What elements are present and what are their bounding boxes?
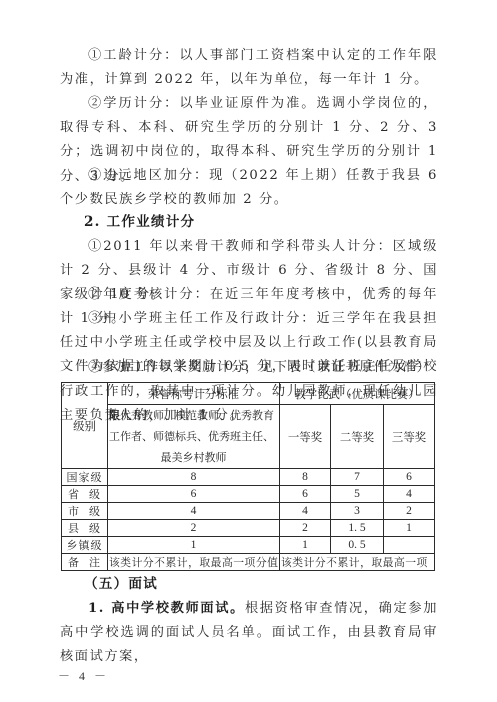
honor-desc-line2: 工作者、师德标兵、优秀班主任、 — [109, 430, 274, 443]
table-row: 县 级 2 2 1. 5 1 — [62, 520, 435, 537]
third-prize-cell — [384, 537, 435, 554]
first-prize-cell: 8 — [280, 469, 331, 486]
third-prize-cell: 2 — [384, 503, 435, 520]
table-row: 国家级 8 8 7 6 — [62, 469, 435, 486]
third-prize-cell: 6 — [384, 469, 435, 486]
honor-desc-line3: 最美乡村教师 — [109, 447, 278, 468]
second-prize-cell: 3 — [331, 503, 384, 520]
level-cell: 乡镇级 — [62, 537, 108, 554]
third-prize-cell: 1 — [384, 520, 435, 537]
section-heading-work-performance: 2. 工作业绩计分 — [84, 211, 195, 233]
remark-honor: 该类计分不累计，取最高一项分值 — [108, 554, 280, 571]
table-remark-row: 备 注 该类计分不累计，取最高一项分值 该类计分不累计，取最高一项 — [62, 554, 435, 571]
header-level: 级别 — [62, 383, 108, 469]
remark-label: 备 注 — [62, 554, 108, 571]
level-cell: 市 级 — [62, 503, 108, 520]
paragraph-seniority-score: ①工龄计分：以人事部门工资档案中认定的工作年限为准，计算到 2022 年，以年为… — [60, 44, 438, 92]
header-teaching-competition: 教学比武（优质课比赛） — [280, 383, 435, 405]
header-second-prize: 二等奖 — [331, 405, 384, 469]
table-row: 市 级 4 4 3 2 — [62, 503, 435, 520]
header-honor-titles: 限优秀教师、模范教师、优秀教育工作者、师德标兵、优秀班主任、最美乡村教师 — [108, 405, 280, 469]
honor-desc-bold: 限 — [109, 409, 120, 422]
second-prize-cell: 1. 5 — [331, 520, 384, 537]
header-third-prize: 三等奖 — [384, 405, 435, 469]
second-prize-cell: 0. 5 — [331, 537, 384, 554]
document-page: ①工龄计分：以人事部门工资档案中认定的工作年限为准，计算到 2022 年，以年为… — [0, 0, 497, 702]
header-first-prize: 一等奖 — [280, 405, 331, 469]
paragraph-award-score: ④参加工作以来奖励计分，见下表（以证书原件为准） — [60, 356, 438, 380]
level-cell: 省 级 — [62, 486, 108, 503]
remark-teaching: 该类计分不累计，取最高一项 — [280, 554, 435, 571]
level-cell: 县 级 — [62, 520, 108, 537]
paragraph-remote-area-bonus: ③边远地区加分：现（2022 年上期）任教于我县 6 个少数民族乡学校的教师加 … — [60, 164, 438, 212]
honor-score-cell: 2 — [108, 520, 280, 537]
first-prize-cell: 6 — [280, 486, 331, 503]
first-prize-cell: 4 — [280, 503, 331, 520]
page-number: － 4 － — [58, 667, 109, 684]
first-prize-cell: 1 — [280, 537, 331, 554]
honor-score-cell: 1 — [108, 537, 280, 554]
level-cell: 国家级 — [62, 469, 108, 486]
honor-score-cell: 4 — [108, 503, 280, 520]
second-prize-cell: 7 — [331, 469, 384, 486]
table-subheader-row: 限优秀教师、模范教师、优秀教育工作者、师德标兵、优秀班主任、最美乡村教师 一等奖… — [62, 405, 435, 469]
table-row: 乡镇级 1 1 0. 5 — [62, 537, 435, 554]
section-heading-interview: （五）面试 — [84, 573, 158, 595]
honor-score-cell: 6 — [108, 486, 280, 503]
honor-desc-line1: 优秀教师、模范教师、优秀教育 — [120, 409, 274, 422]
table-row: 省 级 6 6 5 4 — [62, 486, 435, 503]
honor-score-cell: 8 — [108, 469, 280, 486]
first-prize-cell: 2 — [280, 520, 331, 537]
paragraph-high-school-interview: 1. 高中学校教师面试。根据资格审查情况，确定参加高中学校选调的面试人员名单。面… — [60, 597, 438, 670]
third-prize-cell: 4 — [384, 486, 435, 503]
table-header-row: 级别 荣誉称号计分标准 教学比武（优质课比赛） — [62, 383, 435, 405]
second-prize-cell: 5 — [331, 486, 384, 503]
award-score-table: 级别 荣誉称号计分标准 教学比武（优质课比赛） 限优秀教师、模范教师、优秀教育工… — [61, 382, 435, 571]
interview-lead: 1. 高中学校教师面试。 — [88, 601, 245, 616]
header-honor-standard: 荣誉称号计分标准 — [108, 383, 280, 405]
